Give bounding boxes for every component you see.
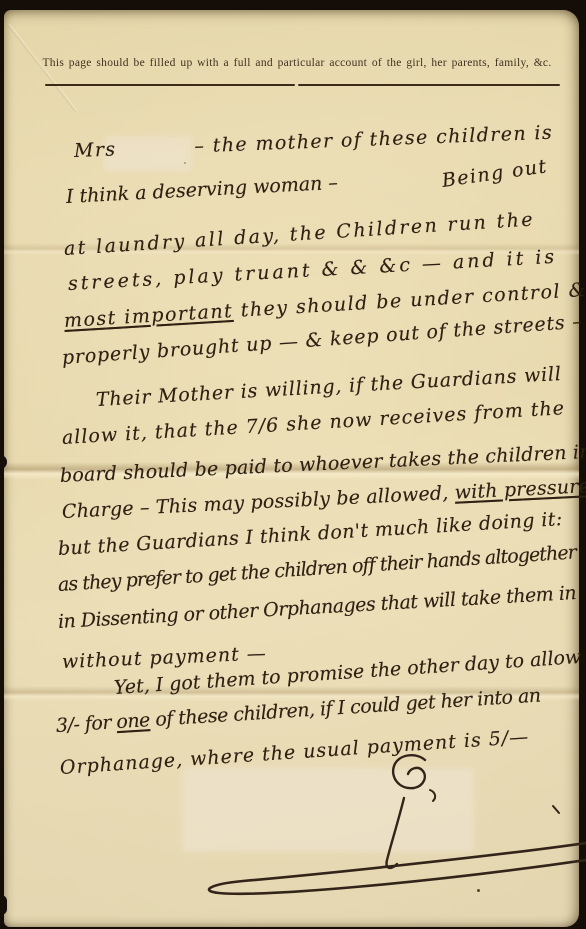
handwritten-text: Charge – This may possibly be allowed,: [61, 482, 455, 523]
underlined-text: one: [116, 709, 151, 733]
header-rule-left: [45, 84, 295, 86]
salutation: Mrs: [74, 138, 117, 162]
ink-speck: [184, 162, 186, 164]
redacted-name-gap: [117, 152, 195, 155]
underlined-text: most important: [63, 300, 234, 332]
photo-background: This page should be filled up with a ful…: [0, 0, 586, 929]
handwritten-line-2: I think a deserving woman –: [65, 172, 338, 208]
handwritten-text: 3/- for: [55, 711, 117, 737]
ink-speck: [477, 889, 480, 892]
paper-edge-tear: [0, 895, 7, 915]
underlined-text: with pressure,: [454, 475, 586, 504]
header-rule-right: [298, 84, 560, 86]
handwritten-line-2-right: Being out: [440, 155, 549, 192]
letter-page: This page should be filled up with a ful…: [4, 10, 579, 927]
handwritten-line-1: Mrs– the mother of these children is: [74, 122, 554, 162]
redaction-patch-signature: [182, 768, 474, 852]
handwritten-text: – the mother of these children is: [194, 122, 553, 158]
printed-instruction: This page should be filled up with a ful…: [37, 57, 557, 69]
